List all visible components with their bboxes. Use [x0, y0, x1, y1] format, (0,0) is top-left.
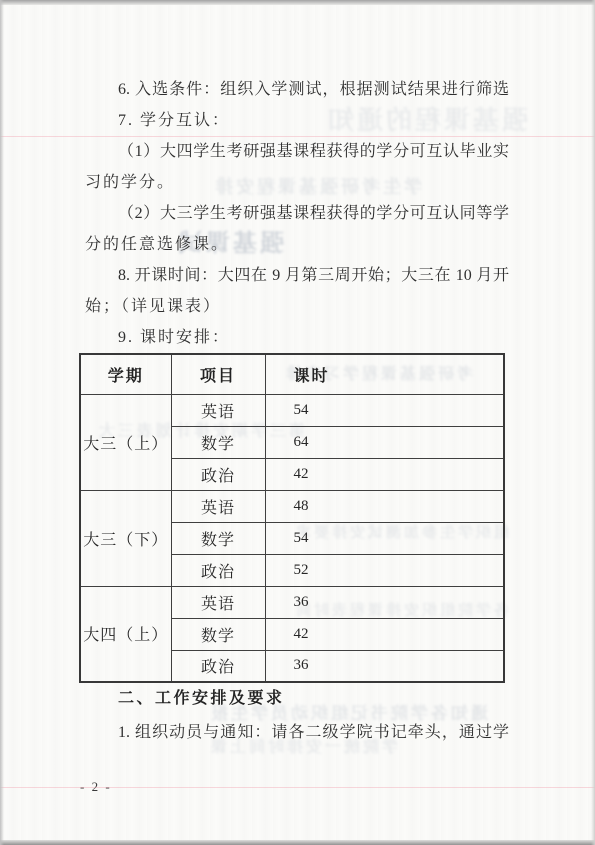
text-line-credit-recognition: 7. 学分互认： — [85, 105, 509, 136]
subject-cell: 政治 — [171, 458, 265, 490]
hours-cell: 54 — [265, 394, 504, 426]
subject-cell: 英语 — [171, 586, 265, 618]
hours-cell: 42 — [265, 618, 504, 650]
hours-cell: 36 — [265, 586, 504, 618]
text-line-entry-conditions: 6. 入选条件：组织入学测试，根据测试结果进行筛选 — [85, 74, 509, 105]
subject-cell: 数学 — [171, 618, 265, 650]
scan-edge-bottom — [0, 840, 595, 845]
scanned-document-page: 强基课程的通知 学生考研强基课程安排 强基课试 考研强基课程学习安排 第三学期安… — [0, 0, 595, 845]
subject-cell: 政治 — [171, 554, 265, 586]
scan-artifact-line — [0, 787, 595, 788]
text-line-start-time-cont: 始；（详见课表） — [85, 291, 509, 322]
scan-edge-right — [591, 0, 595, 845]
schedule-table: 学期 项目 课时 大三（上） 英语 54 数学 64 政治 42 大三（下） 英… — [79, 353, 505, 683]
subject-cell: 数学 — [171, 426, 265, 458]
work-arrangement-section: 二、工作安排及要求 1. 组织动员与通知：请各二级学院书记牵头，通过学 — [85, 682, 509, 750]
subject-cell: 数学 — [171, 522, 265, 554]
table-row: 大三（上） 英语 54 — [80, 394, 504, 426]
scan-artifact-line — [0, 136, 595, 137]
text-line-item1: （1）大四学生考研强基课程获得的学分可互认毕业实 — [85, 136, 509, 167]
text-line-mobilization: 1. 组织动员与通知：请各二级学院书记牵头，通过学 — [85, 716, 509, 750]
section-heading: 二、工作安排及要求 — [85, 682, 509, 716]
table-header-row: 学期 项目 课时 — [80, 354, 504, 394]
subject-cell: 英语 — [171, 490, 265, 522]
hours-cell: 52 — [265, 554, 504, 586]
subject-cell: 英语 — [171, 394, 265, 426]
semester-cell: 大三（下） — [80, 490, 171, 586]
text-line-item1-cont: 习的学分。 — [85, 167, 509, 198]
text-line-hours-arrangement: 9. 课时安排： — [85, 322, 509, 353]
column-header-semester: 学期 — [80, 354, 171, 394]
hours-cell: 36 — [265, 650, 504, 682]
hours-cell: 48 — [265, 490, 504, 522]
table-row: 大三（下） 英语 48 — [80, 490, 504, 522]
hours-cell: 54 — [265, 522, 504, 554]
subject-cell: 政治 — [171, 650, 265, 682]
scan-edge-left — [0, 0, 4, 845]
semester-cell: 大四（上） — [80, 586, 171, 682]
text-line-item2: （2）大三学生考研强基课程获得的学分可互认同等学 — [85, 198, 509, 229]
hours-cell: 42 — [265, 458, 504, 490]
text-line-start-time: 8. 开课时间：大四在 9 月第三周开始；大三在 10 月开 — [85, 260, 509, 291]
table-row: 大四（上） 英语 36 — [80, 586, 504, 618]
semester-cell: 大三（上） — [80, 394, 171, 490]
scan-edge-top — [0, 0, 595, 5]
document-body: 6. 入选条件：组织入学测试，根据测试结果进行筛选 7. 学分互认： （1）大四… — [85, 74, 509, 353]
text-line-item2-cont: 分的任意选修课。 — [85, 229, 509, 260]
column-header-hours: 课时 — [265, 354, 504, 394]
hours-cell: 64 — [265, 426, 504, 458]
column-header-subject: 项目 — [171, 354, 265, 394]
